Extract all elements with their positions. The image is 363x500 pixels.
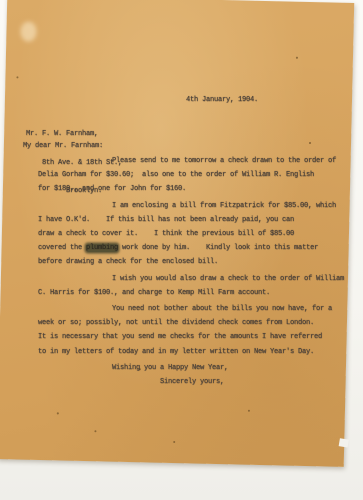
scan-background: 4th January, 1904. Mr. F. W. Farnham, 8t… <box>0 0 363 500</box>
letter-line: I have O.K'd. If this bill has not been … <box>38 213 338 227</box>
letter-line: draw a check to cover it. I think the pr… <box>38 227 338 241</box>
salutation: My dear Mr. Farnham: <box>23 142 103 150</box>
letter-line: Delia Gorham for $30.60; also one to the… <box>38 168 338 182</box>
letter-line: I am enclosing a bill from Fitzpatrick f… <box>38 199 338 213</box>
letter-line: It is necessary that you send me checks … <box>38 330 338 344</box>
letter-date: 4th January, 1904. <box>186 96 258 104</box>
letter-line: covered the plumbing work done by him. K… <box>38 241 338 255</box>
letter-content: 4th January, 1904. Mr. F. W. Farnham, 8t… <box>2 0 349 463</box>
letter-line: for $180., and one for John for $160. <box>38 182 338 196</box>
letter-page: 4th January, 1904. Mr. F. W. Farnham, 8t… <box>0 0 354 467</box>
letter-line: week or so; possibly, not until the divi… <box>38 316 338 330</box>
letter-line: before drawing a check for the enclosed … <box>38 255 338 269</box>
letter-line: to in my letters of today and in my lett… <box>38 345 338 359</box>
letter-body: Please send to me tomorrow a check drawn… <box>38 154 338 389</box>
letter-line: I wish you would also draw a check to th… <box>38 272 338 286</box>
letter-line: You need not bother about the bills you … <box>38 302 338 316</box>
letter-line: Please send to me tomorrow a check drawn… <box>38 154 338 168</box>
ink-smudge: plumbing <box>86 244 118 252</box>
recipient-name: Mr. F. W. Farnham, <box>26 130 122 140</box>
closing-line: Wishing you a Happy New Year, <box>38 361 338 375</box>
letter-line: C. Harris for $100., and charge to Kemp … <box>38 286 338 300</box>
signoff-line: Sincerely yours, <box>38 375 338 389</box>
